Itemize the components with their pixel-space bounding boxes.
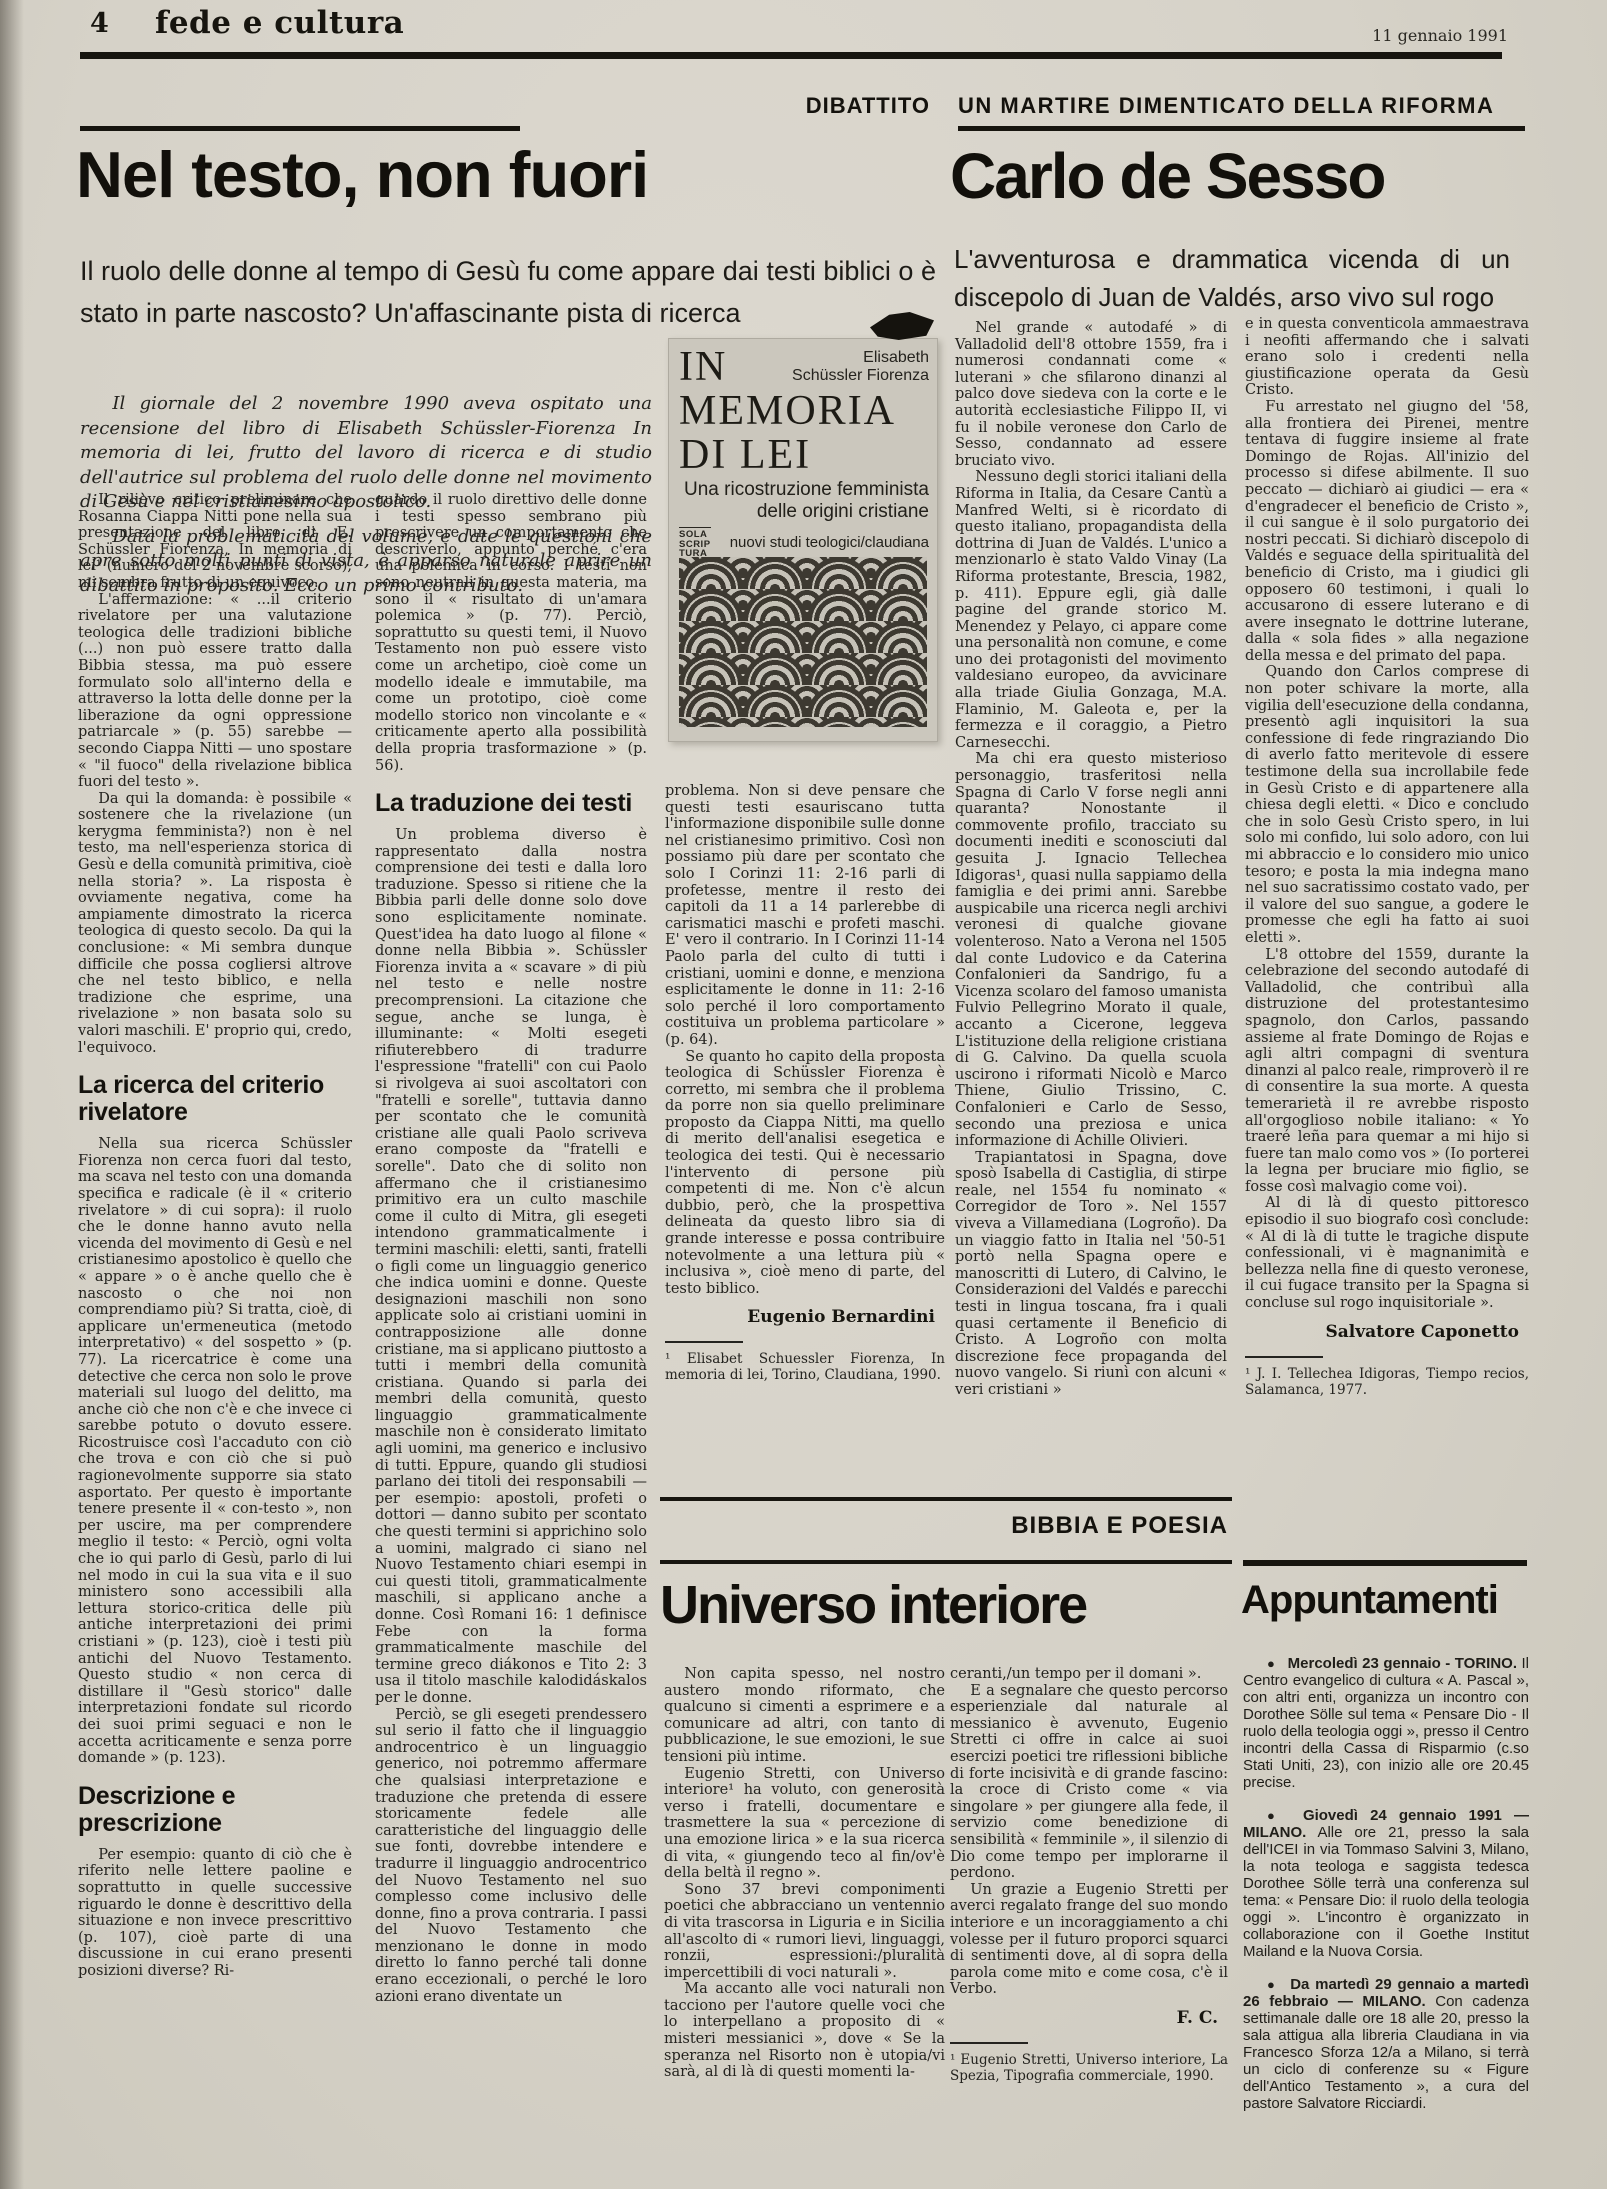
bullet-icon: ● (1267, 1977, 1276, 1992)
paragraph: Da qui la domanda: è possibile « sostene… (78, 791, 352, 1057)
event-item: ● Giovedì 24 gennaio 1991 — MILANO. Alle… (1243, 1807, 1529, 1960)
paragraph: Al di là di questo pittoresco episodio i… (1245, 1195, 1529, 1311)
byline: Eugenio Bernardini (665, 1307, 935, 1327)
headline-rule-left (80, 126, 520, 131)
book-series: nuovi studi teologici/claudiana (730, 535, 929, 551)
headline-universo-interiore: Universo interiore (660, 1578, 1086, 1632)
paragraph: L'affermazione: « ...il criterio rivelat… (78, 592, 352, 791)
paragraph: Ma accanto alle voci naturali non taccio… (664, 1981, 945, 2081)
paragraph: Un problema diverso è rappresentato dall… (375, 827, 647, 1706)
section-heading: La ricerca del criterio rivelatore (78, 1072, 352, 1126)
poetry-kicker-rule-bottom (660, 1560, 1232, 1564)
poetry-kicker-rule-top (660, 1497, 1232, 1501)
paragraph: ceranti,/un tempo per il domani ». (950, 1666, 1228, 1683)
book-subtitle: Una ricostruzione femminista delle origi… (679, 479, 929, 523)
article-column: problema. Non si deve pensare che questi… (665, 783, 945, 1383)
article-column: guardo il ruolo direttivo delle donne i … (375, 492, 647, 2005)
paragraph: Un grazie a Eugenio Stretti per averci r… (950, 1882, 1228, 1998)
article-column: Non capita spesso, nel nostro austero mo… (664, 1666, 945, 2081)
article-column: ceranti,/un tempo per il domani ».E a se… (950, 1666, 1228, 2084)
bullet-icon: ● (1267, 1656, 1275, 1671)
kicker-bibbia-e-poesia: BIBBIA E POESIA (900, 1514, 1228, 1538)
headline-appuntamenti: Appuntamenti (1241, 1580, 1498, 1620)
paragraph: Quando don Carlos comprese di non poter … (1245, 664, 1529, 946)
event-date-place: Mercoledì 23 gennaio - TORINO. (1288, 1655, 1517, 1672)
paragraph: Fu arrestato nel giugno del '58, alla fr… (1245, 399, 1529, 665)
headline-carlo-de-sesso: Carlo de Sesso (950, 144, 1384, 208)
paragraph: problema. Non si deve pensare che questi… (665, 783, 945, 1049)
article-column: e in questa conventicola ammaestrava i n… (1245, 316, 1529, 1398)
appuntamenti-rule (1243, 1560, 1527, 1566)
headline-nel-testo: Nel testo, non fuori (76, 142, 648, 207)
footnote: ¹ Elisabet Schuessler Fiorenza, In memor… (665, 1341, 945, 1383)
paragraph: e in questa conventicola ammaestrava i n… (1245, 316, 1529, 399)
article-column: Il rilievo critico preliminare che Rosan… (78, 492, 352, 1980)
section-heading: Descrizione e prescrizione (78, 1783, 352, 1837)
paragraph: Nella sua ricerca Schüssler Fiorenza non… (78, 1136, 352, 1767)
paragraph: Non capita spesso, nel nostro austero mo… (664, 1666, 945, 1766)
paragraph: Se quanto ho capito della proposta teolo… (665, 1049, 945, 1298)
event-description: Con cadenza settimanale dalle ore 18 all… (1243, 1993, 1529, 2112)
paragraph: Ma chi era questo misterioso personaggio… (955, 751, 1227, 1149)
headline-rule-right (958, 126, 1525, 131)
paragraph: guardo il ruolo direttivo delle donne i … (375, 492, 647, 774)
paragraph: Trapiantatosi in Spagna, dove sposò Isab… (955, 1150, 1227, 1399)
standfirst-right: L'avventurosa e drammatica vicenda di un… (954, 240, 1510, 316)
article-column: Nel grande « autodafé » di Valladolid de… (955, 320, 1227, 1399)
event-item: ● Da martedì 29 gennaio a martedì 26 feb… (1243, 1976, 1529, 2112)
paragraph: Nessuno degli storici italiani della Rif… (955, 469, 1227, 751)
byline: Salvatore Caponetto (1245, 1322, 1519, 1342)
book-title: IN MEMORIA DI LEI (679, 345, 896, 477)
paragraph: Il rilievo critico preliminare che Rosan… (78, 492, 352, 592)
seigaiha-wave-pattern (679, 557, 927, 727)
kicker-martire-title: UN MARTIRE DIMENTICATO DELLA RIFORMA (958, 95, 1533, 117)
paragraph: Eugenio Stretti, con Universo interiore¹… (664, 1766, 945, 1882)
paragraph: L'8 ottobre del 1559, durante la celebra… (1245, 947, 1529, 1196)
byline: F. C. (950, 2008, 1218, 2028)
events-list: ● Mercoledì 23 gennaio - TORINO. Il Cent… (1243, 1655, 1529, 2128)
paragraph: E a segnalare che questo percorso esperi… (950, 1683, 1228, 1882)
paragraph: Nel grande « autodafé » di Valladolid de… (955, 320, 1227, 469)
newspaper-page: 4 fede e cultura 11 gennaio 1991 DIBATTI… (0, 0, 1607, 2189)
section-title: fede e cultura (155, 6, 404, 40)
section-heading: La traduzione dei testi (375, 790, 647, 817)
standfirst-left: Il ruolo delle donne al tempo di Gesù fu… (80, 250, 936, 334)
book-cover: Elisabeth Schüssler Fiorenza IN MEMORIA … (668, 338, 938, 742)
footnote: ¹ J. I. Tellechea Idigoras, Tiempo recio… (1245, 1356, 1529, 1398)
masthead-rule (80, 52, 1502, 59)
paragraph: Sono 37 brevi componimenti poetici che a… (664, 1882, 945, 1982)
paragraph: Perciò, se gli esegeti prendessero sul s… (375, 1707, 647, 2006)
kicker-dibattito: DIBATTITO (700, 95, 930, 117)
page-number: 4 (90, 10, 109, 37)
event-description: Alle ore 21, presso la sala dell'ICEI in… (1243, 1824, 1529, 1960)
bullet-icon: ● (1267, 1808, 1283, 1823)
footnote: ¹ Eugenio Stretti, Universo interiore, L… (950, 2042, 1228, 2084)
event-description: Il Centro evangelico di cultura « A. Pas… (1243, 1655, 1529, 1791)
paragraph: Per esempio: quanto di ciò che è riferit… (78, 1847, 352, 1980)
event-item: ● Mercoledì 23 gennaio - TORINO. Il Cent… (1243, 1655, 1529, 1791)
issue-date: 11 gennaio 1991 (1372, 28, 1508, 44)
